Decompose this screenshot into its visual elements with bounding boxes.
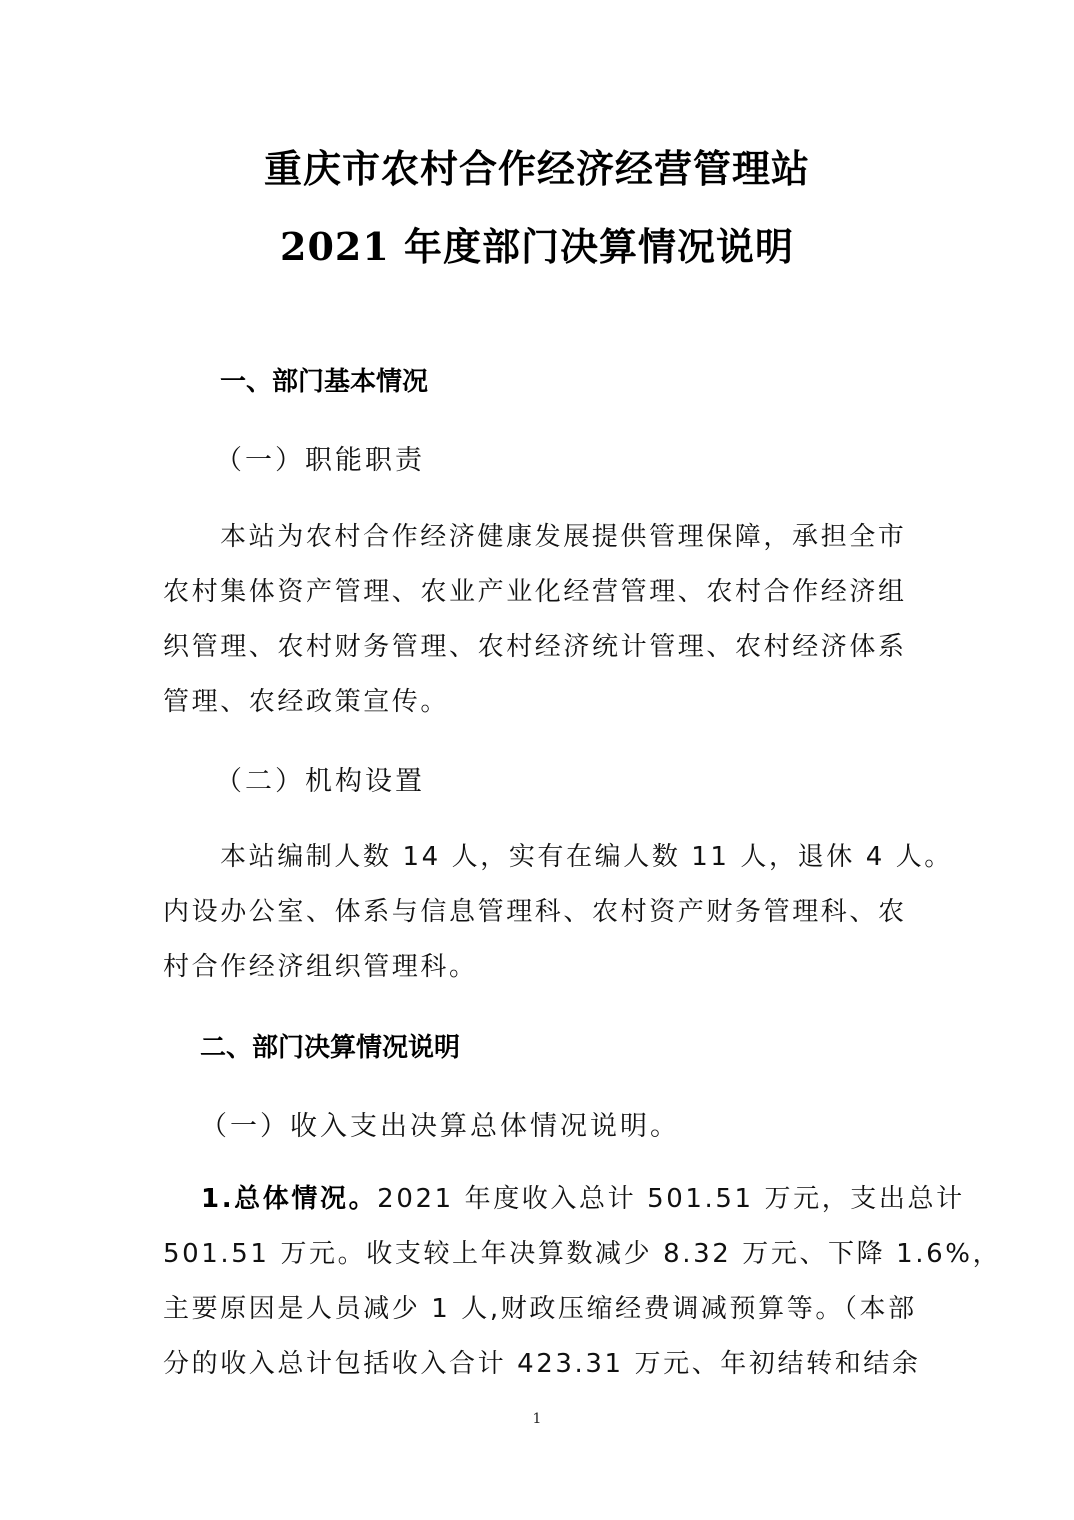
paragraph-line: 本站编制人数 14 人，实有在编人数 11 人，退休 4 人。 [163, 830, 913, 885]
paragraph-line: 管理、农经政策宣传。 [163, 675, 913, 730]
paragraph-line: 村合作经济组织管理科。 [163, 940, 913, 995]
subsection-heading-organization: （二）机构设置 [215, 759, 425, 798]
paragraph-line: 农村集体资产管理、农业产业化经营管理、农村合作经济组 [163, 565, 913, 620]
paragraph-organization: 本站编制人数 14 人，实有在编人数 11 人，退休 4 人。 内设办公室、体系… [163, 830, 913, 995]
paragraph-line: 1.总体情况。2021 年度收入总计 501.51 万元，支出总计 [163, 1172, 913, 1227]
paragraph-overview: 1.总体情况。2021 年度收入总计 501.51 万元，支出总计 501.51… [163, 1172, 913, 1392]
paragraph-functions: 本站为农村合作经济健康发展提供管理保障，承担全市 农村集体资产管理、农业产业化经… [163, 510, 913, 730]
paragraph-line: 内设办公室、体系与信息管理科、农村资产财务管理科、农 [163, 885, 913, 940]
subsection-heading-functions: （一）职能职责 [215, 438, 425, 477]
subsection-heading-overview: （一）收入支出决算总体情况说明。 [200, 1104, 680, 1143]
section-heading-1: 一、部门基本情况 [220, 361, 428, 398]
paragraph-line: 分的收入总计包括收入合计 423.31 万元、年初结转和结余 [163, 1337, 913, 1392]
overview-lead: 1.总体情况。 [201, 1184, 377, 1214]
paragraph-line: 501.51 万元。收支较上年决算数减少 8.32 万元、下降 1.6%， [163, 1227, 913, 1282]
document-title-line1: 重庆市农村合作经济经营管理站 [0, 138, 1074, 193]
section-heading-2: 二、部门决算情况说明 [200, 1027, 460, 1064]
paragraph-line: 本站为农村合作经济健康发展提供管理保障，承担全市 [163, 510, 913, 565]
paragraph-line: 织管理、农村财务管理、农村经济统计管理、农村经济体系 [163, 620, 913, 675]
page-number: 1 [0, 1411, 1074, 1427]
paragraph-line: 主要原因是人员减少 1 人,财政压缩经费调减预算等。（本部 [163, 1282, 913, 1337]
document-title-line2: 2021 年度部门决算情况说明 [0, 216, 1074, 271]
overview-line-text: 2021 年度收入总计 501.51 万元，支出总计 [377, 1184, 965, 1214]
